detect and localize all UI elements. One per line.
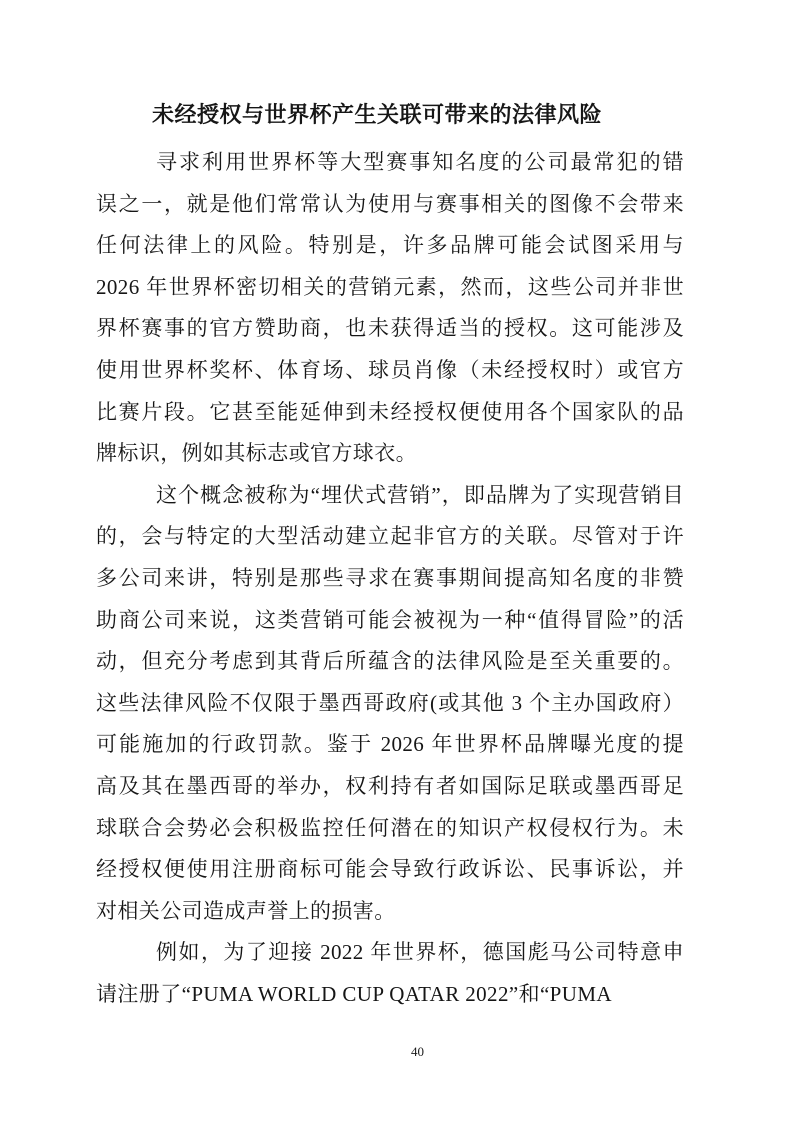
text-body: 未经授权与世界杯产生关联可带来的法律风险 寻求利用世界杯等大型赛事知名度的公司最…	[96, 94, 684, 1015]
text-line: 任何法律上的风险。特别是，许多品牌可能会试图采用与	[96, 225, 684, 267]
text-line: 请注册了“PUMA WORLD CUP QATAR 2022”和“PUMA	[96, 974, 684, 1016]
text-line: 界杯赛事的官方赞助商，也未获得适当的授权。这可能涉及	[96, 308, 684, 350]
text-line: 经授权便使用注册商标可能会导致行政诉讼、民事诉讼，并	[96, 849, 684, 891]
text-line: 这个概念被称为“埋伏式营销”，即品牌为了实现营销目	[96, 475, 684, 517]
text-line: 多公司来讲，特别是那些寻求在赛事期间提高知名度的非赞	[96, 558, 684, 600]
text-line: 比赛片段。它甚至能延伸到未经授权便使用各个国家队的品	[96, 392, 684, 434]
text-line: 牌标识，例如其标志或官方球衣。	[96, 433, 684, 475]
text-line: 误之一，就是他们常常认为使用与赛事相关的图像不会带来	[96, 184, 684, 226]
text-line: 这些法律风险不仅限于墨西哥政府(或其他 3 个主办国政府）	[96, 683, 684, 725]
page-title: 未经授权与世界杯产生关联可带来的法律风险	[96, 94, 684, 136]
text-line: 球联合会势必会积极监控任何潜在的知识产权侵权行为。未	[96, 808, 684, 850]
text-line: 例如，为了迎接 2022 年世界杯，德国彪马公司特意申	[96, 932, 684, 974]
text-line: 可能施加的行政罚款。鉴于 2026 年世界杯品牌曝光度的提	[96, 724, 684, 766]
text-line: 2026 年世界杯密切相关的营销元素，然而，这些公司并非世	[96, 267, 684, 309]
text-line: 的，会与特定的大型活动建立起非官方的关联。尽管对于许	[96, 516, 684, 558]
text-line: 对相关公司造成声誉上的损害。	[96, 891, 684, 933]
text-line: 高及其在墨西哥的举办，权利持有者如国际足联或墨西哥足	[96, 766, 684, 808]
text-line: 动，但充分考虑到其背后所蕴含的法律风险是至关重要的。	[96, 641, 684, 683]
text-line: 使用世界杯奖杯、体育场、球员肖像（未经授权时）或官方	[96, 350, 684, 392]
paragraphs-container: 寻求利用世界杯等大型赛事知名度的公司最常犯的错误之一，就是他们常常认为使用与赛事…	[96, 142, 684, 1015]
text-line: 寻求利用世界杯等大型赛事知名度的公司最常犯的错	[96, 142, 684, 184]
page-number: 40	[0, 1042, 793, 1062]
document-page: 未经授权与世界杯产生关联可带来的法律风险 寻求利用世界杯等大型赛事知名度的公司最…	[0, 0, 793, 1122]
text-line: 助商公司来说，这类营销可能会被视为一种“值得冒险”的活	[96, 600, 684, 642]
